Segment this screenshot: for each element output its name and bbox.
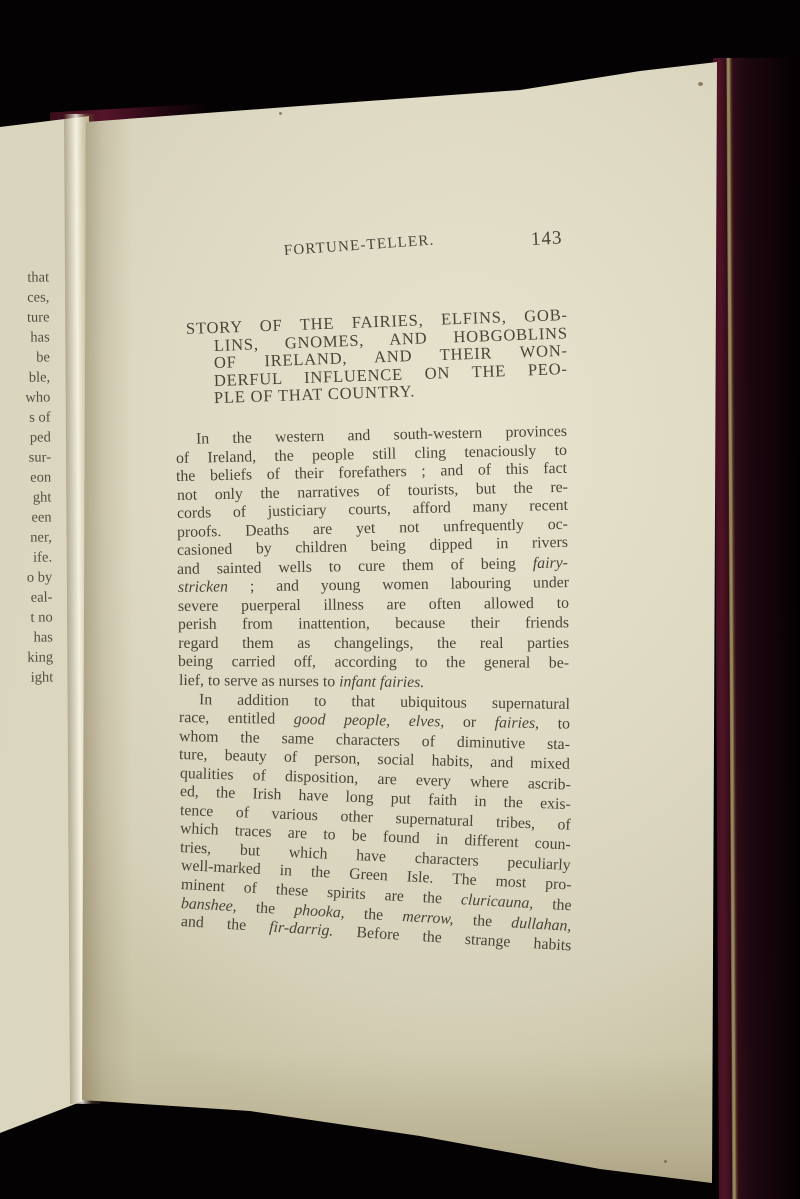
left-page-fragment: ner,	[3, 527, 52, 548]
left-page-fragment: sur-	[2, 447, 51, 468]
left-page-fragment: has	[1, 327, 50, 348]
book-cover-spine-strip	[713, 58, 800, 1199]
left-page-fragment: ght	[2, 487, 51, 508]
left-page-fragment: s of	[1, 407, 50, 428]
left-page-fragment: that	[0, 267, 49, 288]
body-line: regard them as changelings, the real par…	[178, 634, 569, 654]
italic-text: fairies,	[495, 714, 540, 732]
text-segment: lief, to serve as nurses to	[179, 672, 339, 690]
text-segment: regard them as changelings, the real par…	[178, 635, 569, 652]
text-segment: and the	[181, 913, 270, 936]
italic-text: cluricauna,	[460, 891, 533, 912]
italic-text: dullahan,	[511, 914, 572, 934]
text-segment: race, entitled	[179, 709, 294, 728]
italic-text: stricken	[177, 579, 227, 597]
text-segment: ; and young women labouring under	[227, 574, 568, 595]
left-page-fragment: t no	[4, 607, 53, 628]
left-page-fragment: ight	[4, 667, 53, 688]
left-page-fragment: has	[4, 627, 53, 648]
text-segment: the	[453, 911, 512, 931]
italic-text: elves,	[409, 713, 445, 731]
italic-text: fairy-	[533, 554, 568, 572]
left-page-fragment: ble,	[1, 367, 50, 388]
running-head: FORTUNE-TELLER.	[283, 232, 435, 259]
italic-text: good people,	[294, 711, 391, 730]
text-segment: the	[344, 904, 403, 924]
left-page-fragment: ife.	[3, 547, 52, 568]
italic-text: phooka,	[294, 901, 345, 921]
left-page-fragment: be	[1, 347, 50, 368]
left-page-fragment: ture	[0, 307, 49, 328]
left-page-fragment: ces,	[0, 287, 49, 308]
left-page-fragment: who	[1, 387, 50, 408]
page-bottom-shadow	[82, 1050, 722, 1190]
book-photo: { "palette":{ "background":"#050204","in…	[0, 0, 800, 1199]
body-line: perish from inattention, because their f…	[178, 614, 569, 636]
paper-speck	[279, 112, 282, 115]
paper-speck	[698, 82, 703, 86]
left-page-fragment: o by	[3, 567, 52, 588]
italic-text: fir-darrig.	[269, 919, 334, 940]
gutter-shadow	[80, 90, 132, 1130]
main-page: FORTUNE-TELLER. 143 STORY OF THE FAIRIES…	[0, 0, 800, 1199]
left-page-fragments: thatces,turehasbeble,whos ofpedsur-eongh…	[0, 267, 53, 687]
text-segment: being carried off, according to the gene…	[178, 653, 569, 672]
italic-text: infant fairies.	[339, 673, 424, 691]
paper-speck	[664, 1160, 667, 1163]
left-page-fragment: eal-	[3, 587, 52, 608]
text-segment: severe puerperal illness are often allow…	[178, 595, 569, 615]
text-segment: or	[444, 714, 495, 732]
italic-text: merrow,	[402, 908, 454, 928]
left-page-fragment: een	[3, 507, 52, 528]
left-page-fragment: ped	[2, 427, 51, 448]
left-page-fragment: king	[4, 647, 53, 668]
text-segment: to	[539, 715, 570, 733]
text-segment: the	[533, 895, 572, 914]
page-number: 143	[530, 227, 563, 251]
text-segment: perish from inattention, because their f…	[178, 615, 569, 634]
left-page-fragment: eon	[2, 467, 51, 488]
text-segment	[390, 713, 409, 730]
